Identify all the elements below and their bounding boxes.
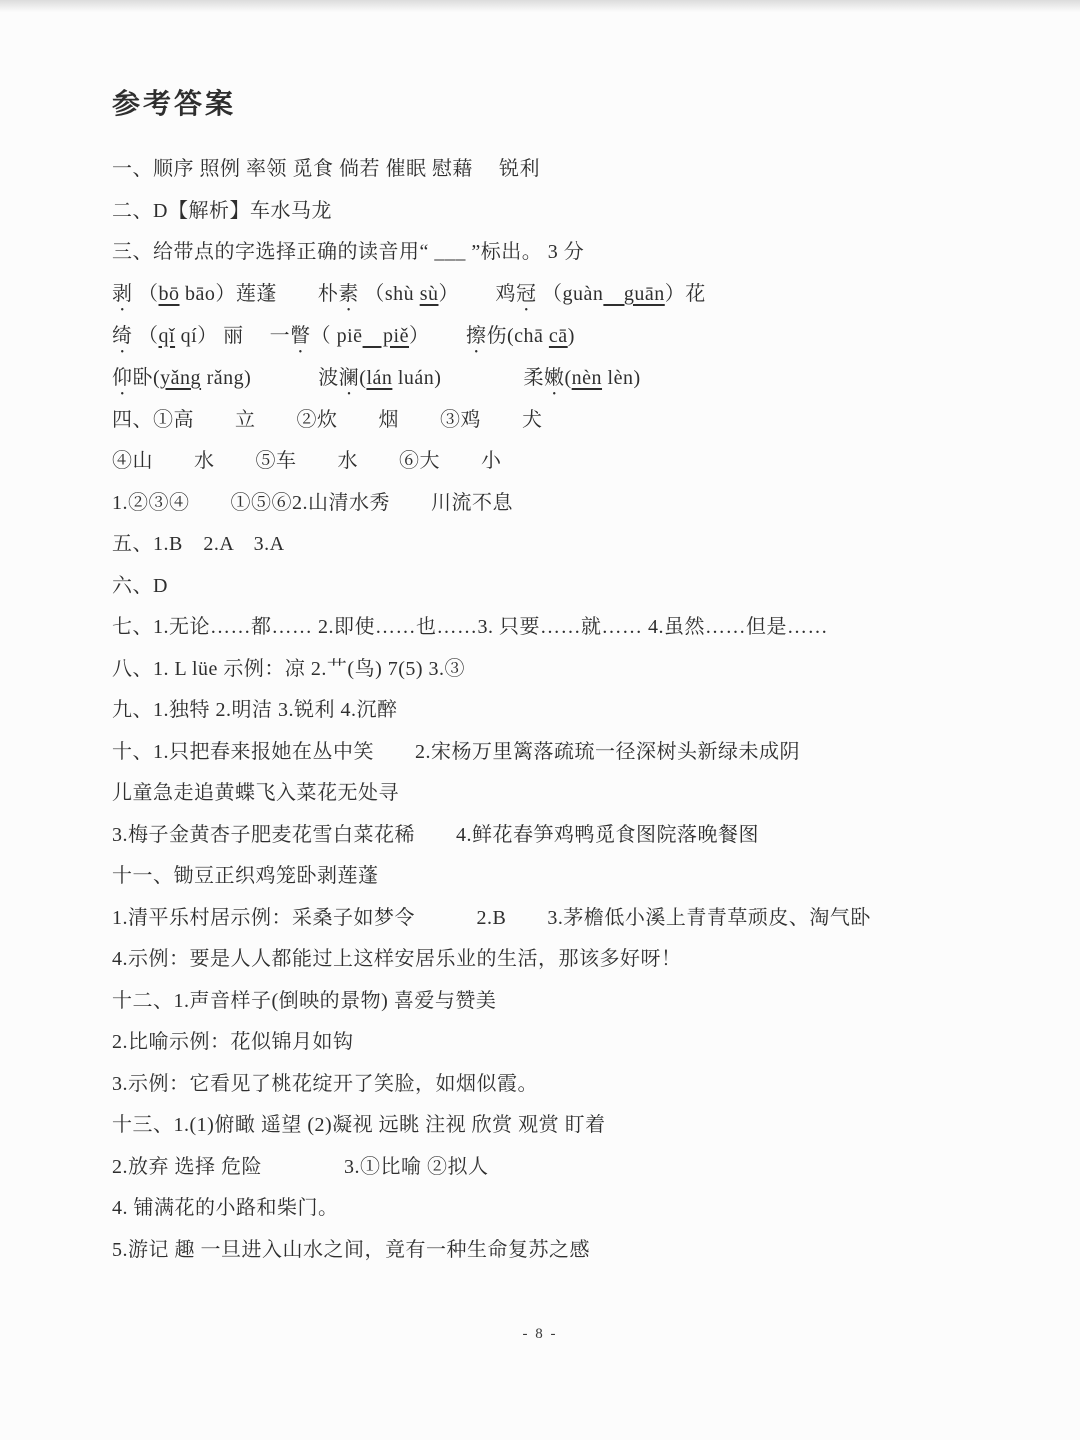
underlined-pinyin: piě	[363, 325, 409, 347]
answer-line: 二、D【解析】车水马龙	[112, 191, 1022, 233]
answer-line: 三、给带点的字选择正确的读音用“ ___ ”标出。 3 分	[112, 232, 1022, 274]
answer-line: 十二、1.声音样子(倒映的景物) 喜爱与赞美	[112, 981, 1022, 1023]
answer-text: 五、1.B 2.A 3.A	[112, 533, 285, 555]
page-title: 参考答案	[112, 82, 1022, 122]
answer-text: 3.梅子金黄杏子肥麦花雪白菜花稀 4.鲜花春笋鸡鸭觅食图院落晚餐图	[112, 824, 759, 846]
underlined-pinyin: cā	[549, 325, 568, 347]
underlined-pinyin: sù	[420, 283, 439, 305]
answer-text: 十三、1.(1)俯瞰 遥望 (2)凝视 远眺 注视 欣赏 观赏 盯着	[112, 1114, 606, 1136]
answer-text: 1.清平乐村居示例：采桑子如梦令 2.B 3.茅檐低小溪上青青草顽皮、淘气卧	[112, 907, 871, 929]
page-number: - 8 -	[0, 1326, 1080, 1343]
answer-text: 一、顺序 照例 率领 觅食 倘若 催眠 慰藉 锐利	[112, 158, 540, 180]
underlined-pinyin: nèn	[572, 367, 602, 389]
underlined-pinyin: qǐ	[159, 325, 176, 347]
answer-text: 二、D【解析】车水马龙	[112, 200, 332, 222]
answer-text: 4. 铺满花的小路和柴门。	[112, 1197, 339, 1219]
answer-text: 伤(chā	[487, 325, 549, 347]
answer-line: 五、1.B 2.A 3.A	[112, 524, 1022, 566]
answer-text: lèn)	[602, 367, 641, 389]
underlined-pinyin: guān	[603, 283, 664, 305]
answer-text: 三、给带点的字选择正确的读音用“ ___ ”标出。 3 分	[112, 241, 584, 263]
answer-text: rǎng) 波	[201, 367, 339, 389]
answer-text: 九、1.独特 2.明洁 3.锐利 4.沉醉	[112, 699, 398, 721]
answer-line: 九、1.独特 2.明洁 3.锐利 4.沉醉	[112, 690, 1022, 732]
answer-text: luán) 柔	[392, 367, 544, 389]
answer-text: 十、1.只把春来报她在丛中笑 2.宋杨万里篱落疏琉一径深树头新绿未成阴	[112, 741, 800, 763]
answer-text: ）	[409, 325, 466, 347]
dotted-character: 擦	[466, 325, 487, 347]
answer-text: 卧(	[133, 367, 161, 389]
underlined-pinyin: lán	[366, 367, 392, 389]
answer-line: 绮 （qǐ qí） 丽 一瞥（ piē piě） 擦伤(chā cā)	[112, 316, 1022, 358]
answer-text: 四、①高 立 ②炊 烟 ③鸡 犬	[112, 409, 543, 431]
answer-line: 仰卧(yǎng rǎng) 波澜(lán luán) 柔嫩(nèn lèn)	[112, 358, 1022, 400]
answer-text: bāo）莲蓬 朴	[180, 283, 339, 305]
answer-text: 1.②③④ ①⑤⑥2.山清水秀 川流不息	[112, 492, 513, 514]
answer-line: 4.示例：要是人人都能过上这样安居乐业的生活，那该多好呀！	[112, 939, 1022, 981]
answer-line: 1.②③④ ①⑤⑥2.山清水秀 川流不息	[112, 483, 1022, 525]
dotted-character: 绮	[112, 325, 133, 347]
answer-line: 1.清平乐村居示例：采桑子如梦令 2.B 3.茅檐低小溪上青青草顽皮、淘气卧	[112, 898, 1022, 940]
document-page: 参考答案 一、顺序 照例 率领 觅食 倘若 催眠 慰藉 锐利二、D【解析】车水马…	[0, 0, 1080, 1271]
answer-line: 一、顺序 照例 率领 觅食 倘若 催眠 慰藉 锐利	[112, 149, 1022, 191]
dotted-character: 仰	[112, 367, 133, 389]
dotted-character: 素	[338, 283, 359, 305]
answer-line: 六、D	[112, 566, 1022, 608]
answer-line: 七、1.无论……都…… 2.即使……也……3. 只要……就…… 4.虽然……但是…	[112, 607, 1022, 649]
answer-lines: 一、顺序 照例 率领 觅食 倘若 催眠 慰藉 锐利二、D【解析】车水马龙三、给带…	[112, 149, 1022, 1271]
answer-line: 剥 （bō bāo）莲蓬 朴素 （shù sù） 鸡冠 （guàn guān）花	[112, 274, 1022, 316]
answer-text: (	[564, 367, 571, 389]
answer-line: 十、1.只把春来报她在丛中笑 2.宋杨万里篱落疏琉一径深树头新绿未成阴	[112, 732, 1022, 774]
answer-line: 3.示例：它看见了桃花绽开了笑脸，如烟似霞。	[112, 1064, 1022, 1106]
answer-text: 七、1.无论……都…… 2.即使……也……3. 只要……就…… 4.虽然……但是…	[112, 616, 828, 638]
answer-text: （shù	[359, 283, 420, 305]
answer-text: 3.示例：它看见了桃花绽开了笑脸，如烟似霞。	[112, 1073, 538, 1095]
answer-line: 儿童急走追黄蝶飞入菜花无处寻	[112, 773, 1022, 815]
answer-line: 2.比喻示例：花似锦月如钩	[112, 1022, 1022, 1064]
answer-line: 十三、1.(1)俯瞰 遥望 (2)凝视 远眺 注视 欣赏 观赏 盯着	[112, 1105, 1022, 1147]
answer-text: ④山 水 ⑤车 水 ⑥大 小	[112, 450, 502, 472]
answer-line: 3.梅子金黄杏子肥麦花雪白菜花稀 4.鲜花春笋鸡鸭觅食图院落晚餐图	[112, 815, 1022, 857]
underlined-pinyin: yǎng	[160, 367, 201, 389]
dotted-character: 剥	[112, 283, 133, 305]
dotted-character: 瞥	[290, 325, 311, 347]
answer-text: )	[568, 325, 575, 347]
scan-top-shadow	[0, 0, 1080, 12]
dotted-character: 冠	[516, 283, 537, 305]
answer-text: ） 鸡	[438, 283, 516, 305]
answer-text: （guàn	[536, 283, 603, 305]
answer-line: 十一、锄豆正织鸡笼卧剥莲蓬	[112, 856, 1022, 898]
answer-text: 2.放弃 选择 危险 3.①比喻 ②拟人	[112, 1156, 489, 1178]
answer-line: 2.放弃 选择 危险 3.①比喻 ②拟人	[112, 1147, 1022, 1189]
answer-text: qí） 丽 一	[175, 325, 290, 347]
answer-text: 八、1. L lüe 示例：凉 2.艹(鸟) 7(5) 3.③	[112, 658, 465, 680]
answer-text: （	[133, 283, 159, 305]
answer-text: ）花	[665, 283, 706, 305]
answer-line: 四、①高 立 ②炊 烟 ③鸡 犬	[112, 400, 1022, 442]
answer-text: 4.示例：要是人人都能过上这样安居乐业的生活，那该多好呀！	[112, 948, 682, 970]
answer-text: 5.游记 趣 一旦进入山水之间，竟有一种生命复苏之感	[112, 1239, 590, 1261]
answer-text: （	[133, 325, 159, 347]
answer-line: 4. 铺满花的小路和柴门。	[112, 1188, 1022, 1230]
answer-line: ④山 水 ⑤车 水 ⑥大 小	[112, 441, 1022, 483]
answer-line: 八、1. L lüe 示例：凉 2.艹(鸟) 7(5) 3.③	[112, 649, 1022, 691]
answer-text: 儿童急走追黄蝶飞入菜花无处寻	[112, 782, 399, 804]
answer-text: 2.比喻示例：花似锦月如钩	[112, 1031, 354, 1053]
answer-text: （ piē	[311, 325, 363, 347]
answer-text: 十一、锄豆正织鸡笼卧剥莲蓬	[112, 865, 379, 887]
dotted-character: 澜	[339, 367, 360, 389]
dotted-character: 嫩	[544, 367, 565, 389]
underlined-pinyin: bō	[159, 283, 180, 305]
answer-line: 5.游记 趣 一旦进入山水之间，竟有一种生命复苏之感	[112, 1230, 1022, 1272]
answer-text: 六、D	[112, 575, 168, 597]
answer-text: 十二、1.声音样子(倒映的景物) 喜爱与赞美	[112, 990, 496, 1012]
